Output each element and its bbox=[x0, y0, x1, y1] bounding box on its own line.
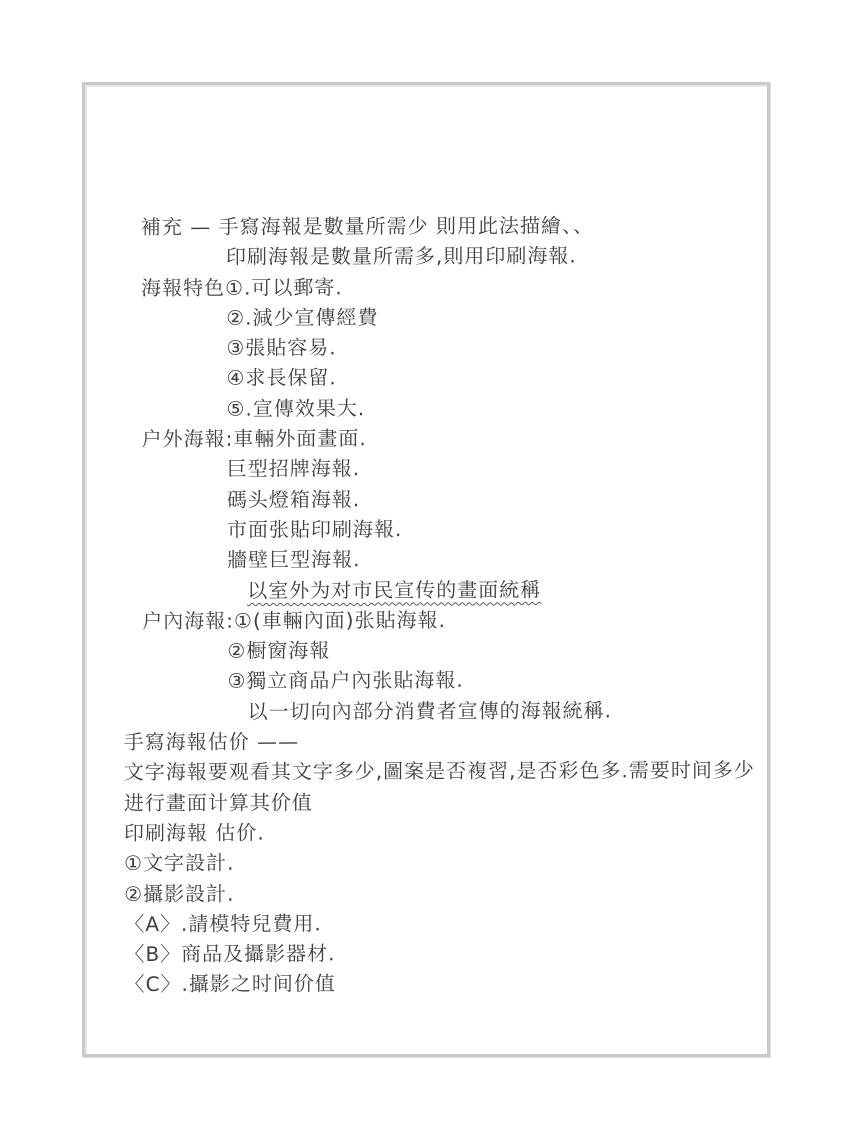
handwritten-line: ③獨立商品户內张貼海報. bbox=[227, 664, 767, 696]
handwritten-line: 印刷海報是數量所需多,則用印刷海報. bbox=[226, 240, 766, 272]
handwritten-line: 文字海報要观看其文字多少,圖案是否複習,是否彩色多.需要时间多少 bbox=[124, 755, 768, 788]
handwritten-line: ⑤.宣傳效果大. bbox=[226, 392, 766, 424]
handwritten-line: 〈C〉.攝影之时间价值 bbox=[124, 967, 768, 1000]
handwritten-line: ③張貼容易. bbox=[226, 331, 766, 363]
handwritten-line: 进行畫面计算其价值 bbox=[124, 785, 768, 818]
handwritten-line: ②.減少宣傳經費 bbox=[226, 301, 766, 333]
handwritten-line: ②橱窗海報 bbox=[227, 634, 767, 666]
handwritten-line: 〈B〉商品及攝影器材. bbox=[124, 937, 768, 970]
handwritten-line: 巨型招牌海報. bbox=[227, 452, 767, 484]
handwritten-line: 補充 — 手寫海報是數量所需少 則用此法描繪、、 bbox=[141, 210, 766, 242]
scan-canvas: 補充 — 手寫海報是數量所需少 則用此法描繪、、 印刷海報是數量所需多,則用印刷… bbox=[0, 0, 855, 1140]
handwritten-line: ①文字設計. bbox=[124, 846, 768, 879]
handwritten-line: ②攝影設計. bbox=[124, 876, 768, 909]
handwritten-text-block: 補充 — 手寫海報是數量所需少 則用此法描繪、、 印刷海報是數量所需多,則用印刷… bbox=[83, 84, 768, 1000]
handwritten-line: 印刷海報 估价. bbox=[124, 816, 768, 849]
scanned-notes-page: 補充 — 手寫海報是數量所需少 則用此法描繪、、 印刷海報是數量所需多,則用印刷… bbox=[82, 82, 770, 1057]
handwritten-line: 户外海報:車輛外面畫面. bbox=[142, 422, 767, 454]
handwritten-line: 以一切向內部分消費者宣傳的海報統稱. bbox=[248, 695, 768, 727]
handwritten-line: 手寫海報估价 —— bbox=[124, 725, 768, 758]
handwritten-line: 户內海報:①(車輛內面)张貼海報. bbox=[142, 604, 767, 636]
handwritten-line: 〈A〉.請模特兒費用. bbox=[124, 907, 768, 940]
handwritten-line-underlined: 以室外为对市民宣传的畫面統稱 bbox=[247, 573, 767, 605]
handwritten-line: 市面张貼印刷海報. bbox=[227, 513, 767, 545]
handwritten-line: 碼头燈箱海報. bbox=[227, 482, 767, 514]
handwritten-line: ④求長保留. bbox=[226, 361, 766, 393]
handwritten-line: 海報特色①.可以郵寄. bbox=[141, 270, 766, 302]
handwritten-line: 牆壁巨型海報. bbox=[227, 543, 767, 575]
